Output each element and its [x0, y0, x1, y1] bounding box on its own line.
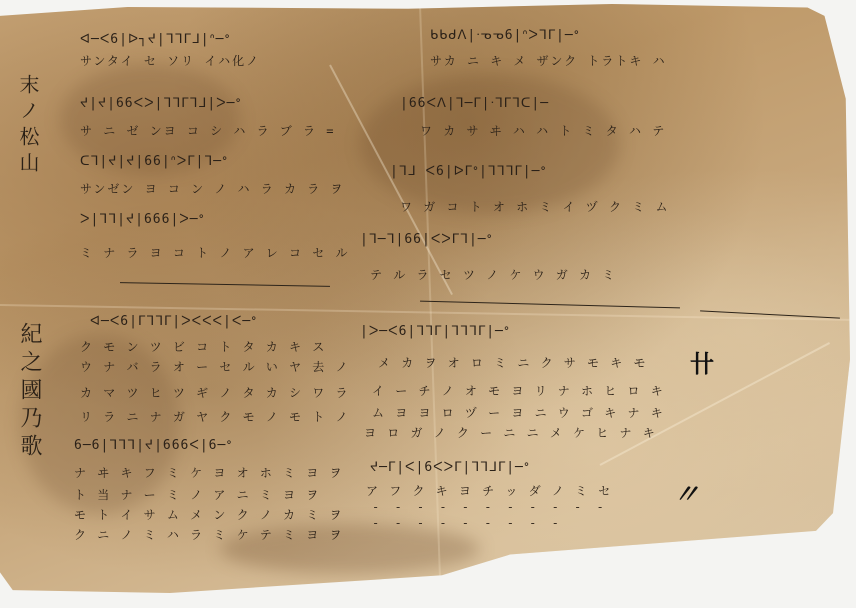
dashed-placeholder-row: - - - - - - - - - [372, 516, 563, 530]
notation-row: |ᒣᒧ ᐸ6|ᐅᒥᐤ|ᒣᒣᒣᒥ|─ᐤ [390, 164, 547, 179]
lyrics-row: ナ ヰ キ フ ミ ケ ヨ オ ホ ミ ヨ ヲ [74, 464, 343, 481]
notation-row: |ᒣ─ᒣ|66|ᐸᐳᒥᒣ|─ᐤ [360, 232, 493, 247]
lyrics-row: ワ ガ コ ト オ ホ ミ イ ヅ ク ミ ム [400, 198, 669, 215]
notation-row: ᐊ─ᐸ6|ᐅ┐ᔪ|ᒣᒣᒥᒧ|ᐢ─ᐤ [80, 32, 231, 47]
notation-row: ᑕᒣ|ᔪ|ᔪ|66|ᐢᐳᒥ|ᒣ─ᐤ [80, 154, 228, 169]
lyrics-row: リ ラ ニ ナ ガ ヤ ク モ ノ モ ト ノ [80, 408, 349, 425]
lyrics-row: ム ヨ ヨ ロ ヅ ー ヨ ニ ウ ゴ キ ナ キ [372, 404, 665, 421]
dashed-placeholder-row: - - - - - - - - - - - [372, 500, 608, 514]
notation-row: ᔪ─ᒥ|ᐸ|6ᐸᐳᒥ|ᒣᒣᒧᒥ|─ᐤ [370, 460, 530, 475]
notation-row: |66ᐸᐱ|ᒣ─ᒥ|ᐧᒣᒥᒣᑕ|─ [400, 96, 549, 111]
notation-row: ᐊ─ᐸ6|ᒥᒣᒣᒥ|ᐳᐸᐸᐸ|ᐸ─ᐤ [90, 314, 257, 329]
lyrics-row: ウ ナ バ ラ オ ー セ ル い ヤ 去 ノ [80, 358, 349, 375]
divider-line [120, 282, 330, 287]
lyrics-row: ト 当 ナ ー ミ ノ ア ニ ミ ヨ ヲ [74, 486, 320, 503]
double-stroke-mark: 〃 [669, 474, 708, 511]
lyrics-row: ア フ ク キ ヨ チ ッ ダ ノ ミ セ [366, 482, 612, 499]
lyrics-row: サ ニ ゼ ンヨ コ シ ハ ラ ブ ラ = [80, 122, 335, 139]
lyrics-row: サンタイ セ ソリ イハ化ノ [80, 52, 260, 69]
lyrics-row: イ ー チ ノ オ モ ヨ リ ナ ホ ヒ ロ キ [372, 382, 665, 399]
lyrics-row: メ カ ヲ オ ロ ミ ニ ク サ モ キ モ [378, 354, 647, 371]
lyrics-row: テ ル ラ セ ツ ノ ケ ウ ガ カ ミ [370, 266, 616, 283]
notation-row: ᑲᑲᑯᐱ|ᐧᓀᓀ6|ᐢᐳᒣᒥ|─ᐤ [430, 28, 580, 43]
lyrics-row: ワ カ サ ヰ ハ ハ ト ミ タ ハ テ [420, 122, 666, 139]
lyrics-row: ミ ナ ラ ヨ コ ト ノ ア レ コ セ ル [80, 244, 349, 261]
lyrics-row: ク モ ン ツ ビ コ ト タ カ キ ス [80, 338, 326, 355]
notation-row: ᐳ|ᒣᒣ|ᔪ|666|ᐳ─ᐤ [80, 212, 205, 227]
lyrics-row: サンゼン ヨ コ ン ノ ハ ラ カ ラ ヲ [80, 180, 344, 197]
divider-line [420, 301, 680, 309]
notation-row: 6─6|ᒣᒣᒣ|ᔪ|666ᐸ|6─ᐤ [74, 438, 232, 453]
lyrics-row: カ マ ツ ヒ ツ ギ ノ タ カ シ ワ ラ [80, 384, 349, 401]
notation-row: |ᐳ─ᐸ6|ᒣᒣᒥ|ᒣᒣᒣᒥ|─ᐤ [360, 324, 510, 339]
lyrics-row: ク ニ ノ ミ ハ ラ ミ ケ テ ミ ヨ ヲ [74, 526, 343, 543]
notation-row: ᔪ|ᔪ|66ᐸᐳ|ᒣᒣᒥᒣᒧ|ᐳ─ᐤ [80, 96, 242, 111]
aged-paper-sheet: 末ノ松山 紀之國乃歌 ᐊ─ᐸ6|ᐅ┐ᔪ|ᒣᒣᒥᒧ|ᐢ─ᐤ ᑲᑲᑯᐱ|ᐧᓀᓀ6|ᐢ… [0, 4, 850, 596]
lyrics-row: ヨ ロ ガ ノ ク ー ニ ニ メ ケ ヒ ナ キ [364, 424, 657, 441]
lyrics-row: サカ ニ キ メ ザンク トラトキ ハ [430, 52, 667, 69]
side-title-top: 末ノ松山 [14, 74, 43, 178]
side-title-bottom: 紀之國乃歌 [14, 322, 45, 462]
lyrics-row: モ ト イ サ ム メ ン ク ノ カ ミ ヲ [74, 506, 343, 523]
cross-mark: 卄 [690, 344, 714, 379]
